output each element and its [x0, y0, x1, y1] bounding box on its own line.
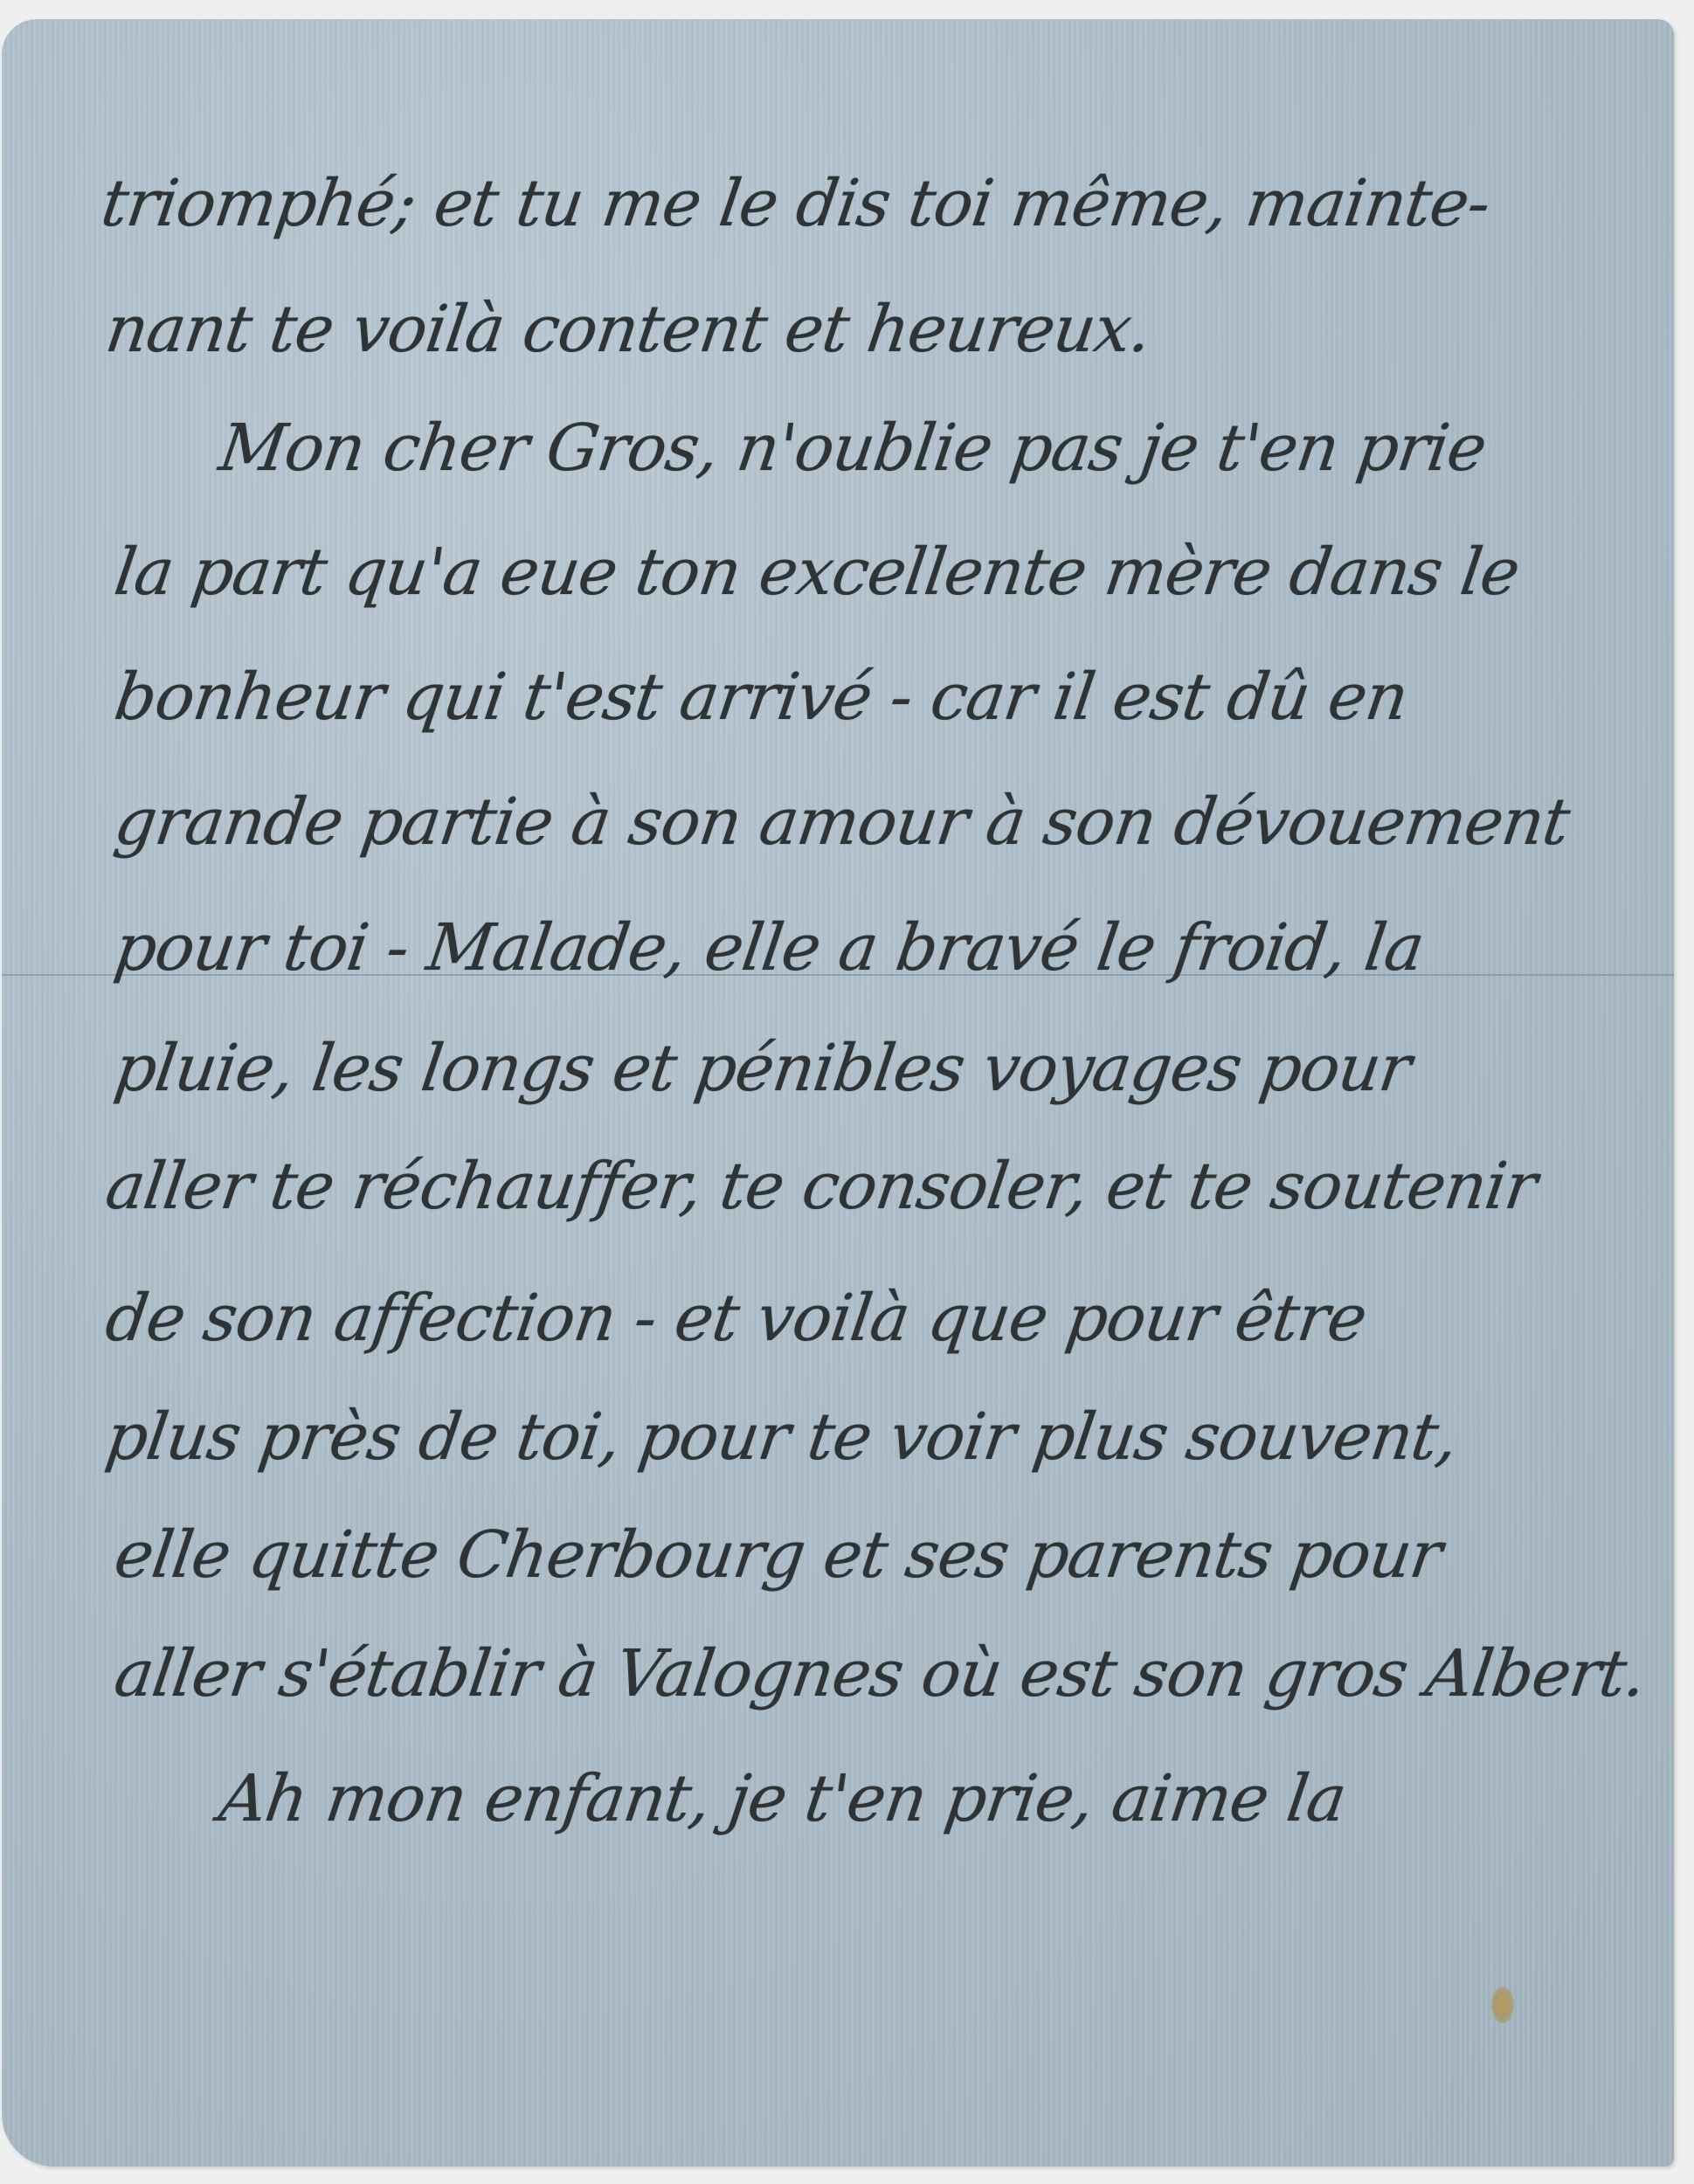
handwritten-line: de son affection - et voilà que pour êtr…: [101, 1281, 1371, 1356]
handwritten-line: aller te réchauffer, te consoler, et te …: [101, 1149, 1541, 1224]
handwritten-line: plus près de toi, pour te voir plus souv…: [101, 1400, 1462, 1475]
paper-stain: [1491, 1987, 1514, 2023]
handwritten-line: bonheur qui t'est arrivé - car il est dû…: [110, 660, 1413, 735]
handwritten-line: aller s'établir à Valognes où est son gr…: [110, 1636, 1650, 1711]
handwritten-line: elle quitte Cherbourg et ses parents pou…: [110, 1517, 1446, 1593]
handwritten-line: triomphé; et tu me le dis toi même, main…: [97, 166, 1494, 241]
handwritten-line: pour toi - Malade, elle a bravé le froid…: [110, 910, 1428, 985]
handwritten-line: pluie, les longs et pénibles voyages pou…: [110, 1031, 1415, 1106]
handwritten-line: nant te voilà content et heureux.: [101, 292, 1156, 367]
letter-page: triomphé; et tu me le dis toi même, main…: [2, 19, 1674, 2167]
handwritten-line: Mon cher Gros, n'oublie pas je t'en prie: [215, 411, 1490, 486]
handwritten-line: la part qu'a eue ton excellente mère dan…: [110, 535, 1524, 610]
handwritten-line: Ah mon enfant, je t'en prie, aime la: [215, 1761, 1351, 1836]
handwritten-line: grande partie à son amour à son dévoueme…: [110, 784, 1573, 860]
